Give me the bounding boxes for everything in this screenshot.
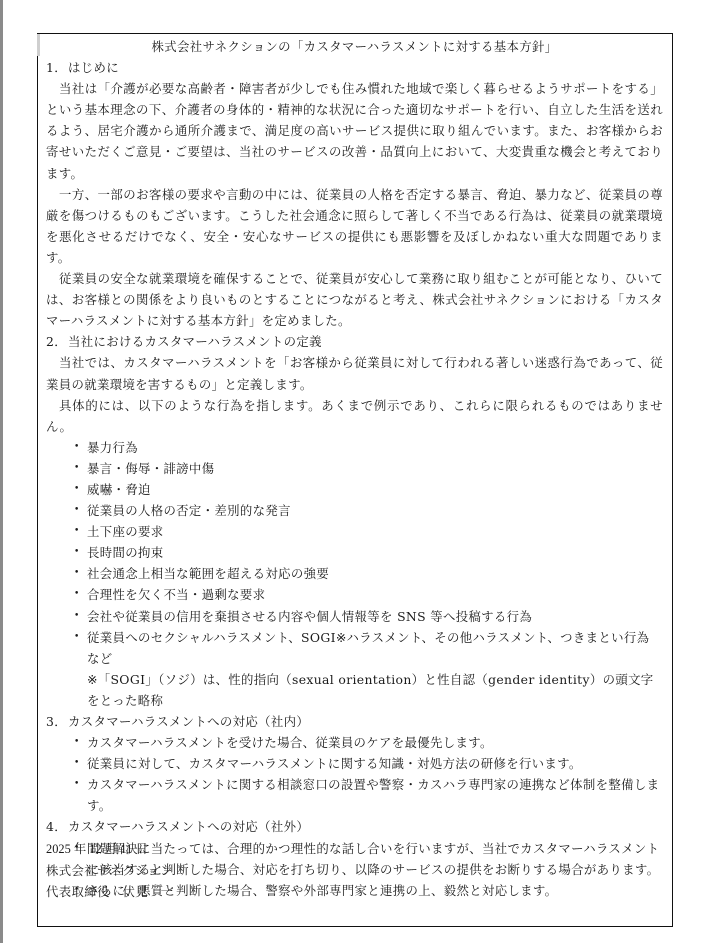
company-name: 株式会社サネクション [46,860,173,881]
list-item: •土下座の要求 [46,521,663,542]
policy-document: 株式会社サネクションの「カスタマーハラスメントに対する基本方針」 1．はじめに … [37,33,673,927]
section-heading-text: 当社におけるカスタマーハラスメントの定義 [68,334,322,349]
bullet-icon: • [74,753,80,774]
bullet-icon: • [74,627,80,648]
paragraph: 具体的には、以下のような行為を指します。あくまで例示であり、これらに限られるもの… [46,395,663,437]
section-heading: 3．カスタマーハラスメントへの対応（社内） [46,711,663,732]
sogi-footnote: ※「SOGI」（ソジ）は、性的指向（sexual orientation）と性自… [46,669,663,711]
list-item-text: 暴力行為 [87,440,138,455]
section-number: 3． [46,711,68,732]
paragraph: 一方、一部のお客様の要求や言動の中には、従業員の人格を否定する暴言、脅迫、暴力な… [46,184,663,268]
list-item-text: カスタマーハラスメントに関する相談窓口の設置や警察・カスハラ専門家の連携など体制… [87,777,659,813]
list-item: •暴力行為 [46,437,663,458]
list-item: •従業員へのセクシャルハラスメント、SOGI※ハラスメント、その他ハラスメント、… [46,627,663,669]
bullet-icon: • [74,521,80,542]
list-item-text: 合理性を欠く不当・過剰な要求 [87,587,265,602]
list-item-text: 社会通念上相当な範囲を超える対応の強要 [87,566,329,581]
list-item: •従業員に対して、カスタマーハラスメントに関する知識・対処方法の研修を行います。 [46,753,663,774]
list-item: •従業員の人格の否定・差別的な発言 [46,500,663,521]
section-heading-text: はじめに [68,60,119,75]
section-heading-text: カスタマーハラスメントへの対応（社内） [68,714,309,729]
list-item-text: 従業員へのセクシャルハラスメント、SOGI※ハラスメント、その他ハラスメント、つ… [87,630,662,666]
issue-date: 2025 年 12 月 11 日 [46,839,173,860]
section-heading: 1．はじめに [46,57,663,78]
bullet-icon: • [74,563,80,584]
list-item: •暴言・侮辱・誹謗中傷 [46,458,663,479]
signature-block: 2025 年 12 月 11 日 株式会社サネクション 代表取締役 伏見 一 [46,839,173,902]
paragraph: 従業員の安全な就業環境を確保することで、従業員が安心して業務に取り組むことが可能… [46,268,663,331]
bullet-icon: • [74,500,80,521]
document-title: 株式会社サネクションの「カスタマーハラスメントに対する基本方針」 [46,36,663,57]
section-definition: 2．当社におけるカスタマーハラスメントの定義 当社では、カスタマーハラスメントを… [46,331,663,711]
list-item-text: 土下座の要求 [87,524,163,539]
section-number: 2． [46,331,68,352]
section-introduction: 1．はじめに 当社は「介護が必要な高齢者・障害者が少しでも住み慣れた地域で楽しく… [46,57,663,331]
list-item: •会社や従業員の信用を棄損させる内容や個人情報等を SNS 等へ投稿する行為 [46,606,663,627]
section-internal-response: 3．カスタマーハラスメントへの対応（社内） •カスタマーハラスメントを受けた場合… [46,711,663,816]
bullet-icon: • [74,584,80,605]
bullet-icon: • [74,732,80,753]
list-item-text: 暴言・侮辱・誹謗中傷 [87,461,214,476]
harassment-examples-list: •暴力行為 •暴言・侮辱・誹謗中傷 •威嚇・脅迫 •従業員の人格の否定・差別的な… [46,437,663,669]
bullet-icon: • [74,458,80,479]
list-item-text: カスタマーハラスメントを受けた場合、従業員のケアを最優先します。 [87,735,493,750]
list-item-text: 威嚇・脅迫 [87,482,151,497]
list-item: •威嚇・脅迫 [46,479,663,500]
list-item-text: 従業員に対して、カスタマーハラスメントに関する知識・対処方法の研修を行います。 [87,756,582,771]
bullet-icon: • [74,542,80,563]
list-item: •カスタマーハラスメントを受けた場合、従業員のケアを最優先します。 [46,732,663,753]
list-item: •カスタマーハラスメントに関する相談窓口の設置や警察・カスハラ専門家の連携など体… [46,774,663,816]
bullet-icon: • [74,606,80,627]
representative-name: 代表取締役 伏見 一 [46,881,173,902]
list-item: •長時間の拘束 [46,542,663,563]
section-number: 1． [46,57,68,78]
section-heading-text: カスタマーハラスメントへの対応（社外） [68,819,309,834]
list-item-text: 会社や従業員の信用を棄損させる内容や個人情報等を SNS 等へ投稿する行為 [87,609,532,624]
bullet-icon: • [74,774,80,795]
page-edge-divider [0,0,3,943]
list-item-text: 従業員の人格の否定・差別的な発言 [87,503,291,518]
section-heading: 4．カスタマーハラスメントへの対応（社外） [46,816,663,837]
internal-response-list: •カスタマーハラスメントを受けた場合、従業員のケアを最優先します。 •従業員に対… [46,732,663,816]
section-heading: 2．当社におけるカスタマーハラスメントの定義 [46,331,663,352]
list-item-text: 長時間の拘束 [87,545,163,560]
bullet-icon: • [74,479,80,500]
section-number: 4． [46,816,68,837]
list-item: •合理性を欠く不当・過剰な要求 [46,584,663,605]
bullet-icon: • [74,437,80,458]
paragraph: 当社は「介護が必要な高齢者・障害者が少しでも住み慣れた地域で楽しく暮らせるようサ… [46,78,663,183]
list-item: •社会通念上相当な範囲を超える対応の強要 [46,563,663,584]
paragraph: 当社では、カスタマーハラスメントを「お客様から従業員に対して行われる著しい迷惑行… [46,352,663,394]
